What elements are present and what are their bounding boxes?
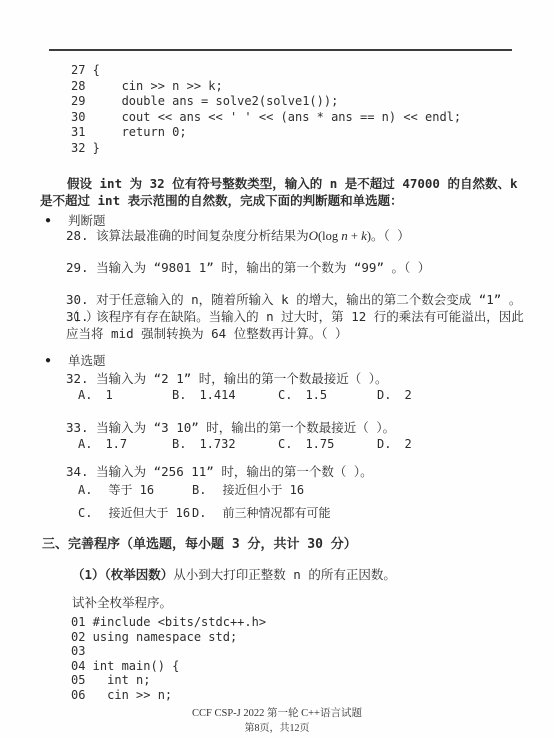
code-line: 28 cin >> n >> k; bbox=[71, 79, 461, 95]
question-31: 31. 该程序有存在缺陷。当输入的 n 过大时，第 12 行的乘法有可能溢出，因… bbox=[66, 308, 524, 342]
footer-page-number: 第8页，共12页 bbox=[0, 719, 554, 734]
code-line: 02 using namespace std; bbox=[71, 630, 266, 645]
formula-O: O bbox=[309, 228, 318, 243]
question-29: 29. 当输入为 “9801 1” 时，输出的第一个数为 “99” 。（ ） bbox=[66, 259, 524, 276]
option-label: B. bbox=[192, 483, 206, 497]
option-a: A.等于 16 bbox=[78, 481, 192, 498]
code-line: 31 return 0; bbox=[71, 125, 461, 141]
code-line: 32 } bbox=[71, 141, 461, 157]
code-block-top: 27 { 28 cin >> n >> k; 29 double ans = s… bbox=[71, 63, 461, 157]
question-34-stem: 34. 当输入为 “256 11” 时，输出的第一个数（ ）。 bbox=[66, 463, 524, 480]
option-label: D. bbox=[192, 506, 206, 520]
option-a: A.1.7 bbox=[78, 437, 172, 451]
option-b: B.1.732 bbox=[172, 437, 278, 451]
option-b: B.接近但小于 16 bbox=[192, 481, 508, 498]
bullet-icon: ● bbox=[45, 215, 51, 226]
subquestion-1: （1）（枚举因数）从小到大打印正整数 n 的所有正因数。 bbox=[72, 565, 396, 583]
option-label: A. bbox=[78, 483, 92, 497]
code-line: 27 { bbox=[71, 63, 461, 79]
choice-section-label: 单选题 bbox=[68, 351, 106, 369]
option-text: 接近但小于 16 bbox=[222, 483, 304, 497]
option-label: A. bbox=[78, 437, 92, 451]
formula-open: (log bbox=[318, 229, 341, 243]
question-28-text: 28. 该算法最准确的时间复杂度分析结果为 bbox=[66, 228, 309, 243]
option-text: 接近但大于 16 bbox=[108, 506, 190, 520]
question-28-blank: 。（ ） bbox=[371, 228, 410, 243]
option-d: D.2 bbox=[377, 388, 412, 402]
code-line: 30 cout << ans << ' ' << (ans * ans == n… bbox=[71, 110, 461, 126]
option-c: C.接近但大于 16 bbox=[78, 504, 192, 521]
code-block-bottom: 01 #include <bits/stdc++.h> 02 using nam… bbox=[71, 615, 266, 703]
subquestion-1-label: （1）（枚举因数） bbox=[72, 567, 173, 582]
exam-page: 27 { 28 cin >> n >> k; 29 double ans = s… bbox=[0, 0, 554, 738]
option-label: C. bbox=[278, 437, 292, 451]
option-text: 等于 16 bbox=[108, 483, 154, 497]
option-d: D.前三种情况都有可能 bbox=[192, 504, 508, 521]
question-32-stem: 32. 当输入为 “2 1” 时，输出的第一个数最接近（ ）。 bbox=[66, 370, 524, 387]
section3-heading: 三、完善程序（单选题，每小题 3 分，共计 30 分） bbox=[42, 533, 357, 552]
option-text: 1.732 bbox=[199, 437, 235, 451]
option-text: 前三种情况都有可能 bbox=[222, 506, 330, 520]
code-line: 01 #include <bits/stdc++.h> bbox=[71, 615, 266, 630]
question-33-options: A.1.7 B.1.732 C.1.75 D.2 bbox=[78, 437, 412, 451]
option-label: B. bbox=[172, 388, 186, 402]
option-b: B.1.414 bbox=[172, 388, 278, 402]
footer-title: CCF CSP-J 2022 第一轮 C++语言试题 bbox=[0, 705, 554, 720]
option-c: C.1.5 bbox=[278, 388, 377, 402]
option-label: B. bbox=[172, 437, 186, 451]
option-label: D. bbox=[377, 388, 391, 402]
code-line: 04 int main() { bbox=[71, 659, 266, 674]
option-c: C.1.75 bbox=[278, 437, 377, 451]
code-line: 03 bbox=[71, 644, 266, 659]
code-line: 06 cin >> n; bbox=[71, 688, 266, 703]
option-label: C. bbox=[278, 388, 292, 402]
choice-section: ● 单选题 bbox=[45, 351, 106, 369]
option-a: A.1 bbox=[78, 388, 172, 402]
option-text: 1.7 bbox=[105, 437, 127, 451]
fill-in-note: 试补全枚举程序。 bbox=[72, 593, 172, 611]
option-text: 2 bbox=[404, 388, 411, 402]
option-label: D. bbox=[377, 437, 391, 451]
question-32-options: A.1 B.1.414 C.1.5 D.2 bbox=[78, 388, 412, 402]
code-line: 05 int n; bbox=[71, 673, 266, 688]
option-d: D.2 bbox=[377, 437, 412, 451]
question-33-stem: 33. 当输入为 “3 10” 时，输出的第一个数最接近（ ）。 bbox=[66, 419, 524, 436]
option-text: 1.5 bbox=[305, 388, 327, 402]
question-34-options: A.等于 16 B.接近但小于 16 C.接近但大于 16 D.前三种情况都有可… bbox=[78, 481, 508, 521]
question-28: 28. 该算法最准确的时间复杂度分析结果为O(log n + k)。（ ） bbox=[66, 227, 524, 245]
option-text: 1 bbox=[105, 388, 112, 402]
intro-paragraph: 假设 int 为 32 位有符号整数类型，输入的 n 是不超过 47000 的自… bbox=[40, 176, 524, 209]
subquestion-1-text: 从小到大打印正整数 n 的所有正因数。 bbox=[173, 567, 396, 582]
header-rule bbox=[49, 49, 512, 51]
option-label: C. bbox=[78, 506, 92, 520]
option-text: 1.414 bbox=[199, 388, 235, 402]
formula-plus: + bbox=[348, 229, 361, 243]
code-line: 29 double ans = solve2(solve1()); bbox=[71, 94, 461, 110]
option-label: A. bbox=[78, 388, 92, 402]
option-text: 1.75 bbox=[305, 437, 334, 451]
option-text: 2 bbox=[404, 437, 411, 451]
bullet-icon: ● bbox=[45, 355, 51, 366]
